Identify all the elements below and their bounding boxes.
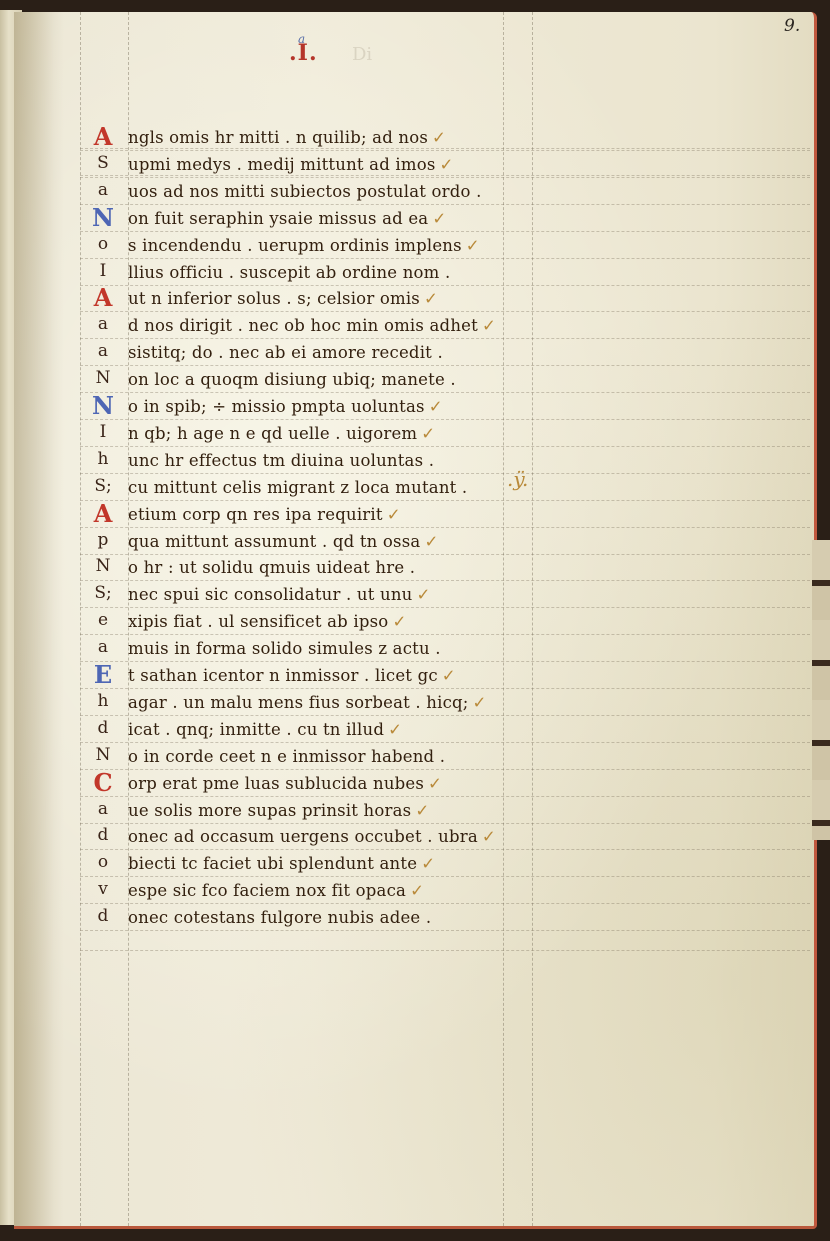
line-initial: a <box>80 341 126 361</box>
line-text-content: ue solis more supas prinsit horas <box>128 801 411 820</box>
text-line: os incendendu . uerupm ordinis implens✓ <box>80 234 540 258</box>
text-line: Et sathan icentor n inmissor . licet gc✓ <box>80 664 540 688</box>
correction-tick-icon: ✓ <box>417 585 431 604</box>
chapter-heading: .I. <box>289 40 318 66</box>
text-line: Non loc a quoqm disiung ubiq; manete . <box>80 368 540 392</box>
correction-tick-icon: ✓ <box>392 612 406 631</box>
correction-tick-icon: ✓ <box>442 666 456 685</box>
line-initial: h <box>80 449 126 469</box>
text-line: exipis fiat . ul sensificet ab ipso✓ <box>80 610 540 634</box>
ruling-horizontal <box>80 365 810 366</box>
line-initial: o <box>80 234 126 254</box>
line-initial: a <box>80 799 126 819</box>
line-text-content: uos ad nos mitti subiectos postulat ordo… <box>128 182 482 201</box>
line-text-content: orp erat pme luas sublucida nubes <box>128 774 424 793</box>
ruling-horizontal <box>80 446 810 447</box>
line-initial: S; <box>80 476 126 496</box>
correction-tick-icon: ✓ <box>421 854 435 873</box>
correction-tick-icon: ✓ <box>387 505 401 524</box>
text-line: asistitq; do . nec ab ei amore recedit . <box>80 341 540 365</box>
correction-tick-icon: ✓ <box>428 774 442 793</box>
folio-number: 9. <box>784 16 800 36</box>
ruling-horizontal <box>80 419 810 420</box>
correction-tick-icon: ✓ <box>432 209 446 228</box>
line-text-content: o in corde ceet n e inmissor habend . <box>128 747 445 766</box>
text-line: auos ad nos mitti subiectos postulat ord… <box>80 180 540 204</box>
ruling-horizontal <box>80 338 810 339</box>
show-through-text: Di <box>352 44 372 65</box>
text-line: pqua mittunt assumunt . qd tn ossa✓ <box>80 530 540 554</box>
line-initial: d <box>80 906 126 926</box>
line-text: onec cotestans fulgore nubis adee . <box>128 908 435 927</box>
line-text-content: onec ad occasum uergens occubet . ubra <box>128 827 478 846</box>
line-text: o hr : ut solidu qmuis uideat hre . <box>128 558 419 577</box>
line-initial: a <box>80 314 126 334</box>
line-text-content: etium corp qn res ipa requirit <box>128 505 383 524</box>
line-text: etium corp qn res ipa requirit✓ <box>128 505 401 524</box>
line-text-content: on loc a quoqm disiung ubiq; manete . <box>128 370 456 389</box>
text-line: No hr : ut solidu qmuis uideat hre . <box>80 556 540 580</box>
line-initial: v <box>80 879 126 899</box>
text-line: aue solis more supas prinsit horas✓ <box>80 799 540 823</box>
ruling-horizontal <box>80 950 810 951</box>
line-initial: N <box>80 556 126 576</box>
line-text-content: muis in forma solido simules z actu . <box>128 639 441 658</box>
correction-tick-icon: ✓ <box>440 155 454 174</box>
line-text-content: espe sic fco faciem nox fit opaca <box>128 881 406 900</box>
correction-tick-icon: ✓ <box>432 128 446 147</box>
line-text: orp erat pme luas sublucida nubes✓ <box>128 774 442 793</box>
line-initial: p <box>80 530 126 550</box>
line-text-content: ut n inferior solus . s; celsior omis <box>128 289 420 308</box>
ruling-horizontal <box>80 688 810 689</box>
text-line: obiecti tc faciet ubi splendunt ante✓ <box>80 852 540 876</box>
ruling-horizontal <box>80 500 810 501</box>
text-line: donec cotestans fulgore nubis adee . <box>80 906 540 930</box>
line-initial: A <box>80 499 126 528</box>
line-initial: C <box>80 768 126 797</box>
ruling-horizontal <box>80 607 810 608</box>
line-text-content: llius officiu . suscepit ab ordine nom . <box>128 263 450 282</box>
ruling-horizontal <box>80 150 810 151</box>
line-initial: I <box>80 422 126 442</box>
line-text-content: ngls omis hr mitti . n quilib; ad nos <box>128 128 428 147</box>
ruling-horizontal <box>80 473 810 474</box>
line-text: on fuit seraphin ysaie missus ad ea✓ <box>128 209 446 228</box>
ruling-horizontal <box>80 930 810 931</box>
text-line: Corp erat pme luas sublucida nubes✓ <box>80 772 540 796</box>
line-initial: N <box>80 391 126 420</box>
ruling-horizontal <box>80 204 810 205</box>
line-text-content: n qb; h age n e qd uelle . uigorem <box>128 424 417 443</box>
line-text-content: upmi medys . medij mittunt ad imos <box>128 155 436 174</box>
ruling-horizontal <box>80 554 810 555</box>
line-text-content: s incendendu . uerupm ordinis implens <box>128 236 462 255</box>
line-text: d nos dirigit . nec ob hoc min omis adhe… <box>128 316 496 335</box>
text-line: No in corde ceet n e inmissor habend . <box>80 745 540 769</box>
text-line: S;nec spui sic consolidatur . ut unu✓ <box>80 583 540 607</box>
text-line: Illius officiu . suscepit ab ordine nom … <box>80 261 540 285</box>
correction-tick-icon: ✓ <box>482 827 496 846</box>
line-text: biecti tc faciet ubi splendunt ante✓ <box>128 854 435 873</box>
correction-tick-icon: ✓ <box>421 424 435 443</box>
ruling-horizontal <box>80 285 810 286</box>
line-initial: A <box>80 122 126 151</box>
text-line: Aut n inferior solus . s; celsior omis✓ <box>80 287 540 311</box>
ruling-horizontal <box>80 231 810 232</box>
line-text: icat . qnq; inmitte . cu tn illud✓ <box>128 720 402 739</box>
line-text-content: agar . un malu mens fius sorbeat . hicq; <box>128 693 469 712</box>
text-line: donec ad occasum uergens occubet . ubra✓ <box>80 825 540 849</box>
line-initial: a <box>80 637 126 657</box>
text-line: amuis in forma solido simules z actu . <box>80 637 540 661</box>
line-text-content: nec spui sic consolidatur . ut unu <box>128 585 413 604</box>
line-text-content: on fuit seraphin ysaie missus ad ea <box>128 209 428 228</box>
line-initial: I <box>80 261 126 281</box>
line-text: uos ad nos mitti subiectos postulat ordo… <box>128 182 486 201</box>
line-text: o in corde ceet n e inmissor habend . <box>128 747 449 766</box>
line-text-content: t sathan icentor n inmissor . licet gc <box>128 666 438 685</box>
line-text-content: cu mittunt celis migrant z loca mutant . <box>128 478 467 497</box>
line-initial: N <box>80 203 126 232</box>
line-text: agar . un malu mens fius sorbeat . hicq;… <box>128 693 487 712</box>
text-line: Non fuit seraphin ysaie missus ad ea✓ <box>80 207 540 231</box>
ruling-horizontal <box>80 392 810 393</box>
line-text-content: xipis fiat . ul sensificet ab ipso <box>128 612 388 631</box>
ruling-horizontal <box>80 876 810 877</box>
correction-tick-icon: ✓ <box>482 316 496 335</box>
line-text: unc hr effectus tm diuina uoluntas . <box>128 451 438 470</box>
line-text: s incendendu . uerupm ordinis implens✓ <box>128 236 480 255</box>
ruling-horizontal <box>80 258 810 259</box>
text-line: hunc hr effectus tm diuina uoluntas . <box>80 449 540 473</box>
text-line: No in spib; ÷ missio pmpta uoluntas✓ <box>80 395 540 419</box>
ruling-horizontal <box>80 769 810 770</box>
line-text-content: icat . qnq; inmitte . cu tn illud <box>128 720 384 739</box>
line-text: xipis fiat . ul sensificet ab ipso✓ <box>128 612 406 631</box>
frayed-page-edge <box>812 540 830 840</box>
line-initial: N <box>80 745 126 765</box>
text-line: S;cu mittunt celis migrant z loca mutant… <box>80 476 540 500</box>
line-initial: a <box>80 180 126 200</box>
ruling-horizontal <box>80 796 810 797</box>
line-text-content: onec cotestans fulgore nubis adee . <box>128 908 431 927</box>
line-text: ngls omis hr mitti . n quilib; ad nos✓ <box>128 128 446 147</box>
line-text: n qb; h age n e qd uelle . uigorem✓ <box>128 424 435 443</box>
correction-tick-icon: ✓ <box>410 881 424 900</box>
ruling-horizontal <box>80 527 810 528</box>
text-line: hagar . un malu mens fius sorbeat . hicq… <box>80 691 540 715</box>
line-text: nec spui sic consolidatur . ut unu✓ <box>128 585 431 604</box>
line-text: onec ad occasum uergens occubet . ubra✓ <box>128 827 496 846</box>
line-text: t sathan icentor n inmissor . licet gc✓ <box>128 666 456 685</box>
text-line: Angls omis hr mitti . n quilib; ad nos✓ <box>80 126 540 150</box>
text-line: Aetium corp qn res ipa requirit✓ <box>80 503 540 527</box>
line-text-content: d nos dirigit . nec ob hoc min omis adhe… <box>128 316 478 335</box>
line-initial: S; <box>80 583 126 603</box>
ruling-horizontal <box>80 311 810 312</box>
correction-tick-icon: ✓ <box>415 801 429 820</box>
correction-tick-icon: ✓ <box>388 720 402 739</box>
ruling-horizontal <box>80 580 810 581</box>
line-text: llius officiu . suscepit ab ordine nom . <box>128 263 454 282</box>
line-text-content: unc hr effectus tm diuina uoluntas . <box>128 451 434 470</box>
line-initial: e <box>80 610 126 630</box>
line-text: cu mittunt celis migrant z loca mutant . <box>128 478 471 497</box>
text-line: ad nos dirigit . nec ob hoc min omis adh… <box>80 314 540 338</box>
ruling-horizontal <box>80 742 810 743</box>
correction-tick-icon: ✓ <box>424 289 438 308</box>
ruling-horizontal <box>80 903 810 904</box>
line-text-content: sistitq; do . nec ab ei amore recedit . <box>128 343 443 362</box>
line-initial: A <box>80 283 126 312</box>
text-line: vespe sic fco faciem nox fit opaca✓ <box>80 879 540 903</box>
ruling-horizontal <box>80 849 810 850</box>
line-initial: N <box>80 368 126 388</box>
line-initial: o <box>80 852 126 872</box>
line-text-content: biecti tc faciet ubi splendunt ante <box>128 854 417 873</box>
line-initial: h <box>80 691 126 711</box>
text-line: In qb; h age n e qd uelle . uigorem✓ <box>80 422 540 446</box>
line-text: qua mittunt assumunt . qd tn ossa✓ <box>128 532 438 551</box>
correction-tick-icon: ✓ <box>473 693 487 712</box>
line-initial: d <box>80 718 126 738</box>
correction-tick-icon: ✓ <box>424 532 438 551</box>
correction-tick-icon: ✓ <box>429 397 443 416</box>
line-initial: E <box>80 660 126 689</box>
line-text: o in spib; ÷ missio pmpta uoluntas✓ <box>128 397 443 416</box>
line-text-content: o in spib; ÷ missio pmpta uoluntas <box>128 397 425 416</box>
line-text: upmi medys . medij mittunt ad imos✓ <box>128 155 454 174</box>
ruling-horizontal <box>80 661 810 662</box>
text-line: Supmi medys . medij mittunt ad imos✓ <box>80 153 540 177</box>
line-initial: S <box>80 153 126 173</box>
line-text-content: qua mittunt assumunt . qd tn ossa <box>128 532 420 551</box>
ruling-horizontal <box>80 823 810 824</box>
line-text: muis in forma solido simules z actu . <box>128 639 445 658</box>
gutter-shadow <box>14 12 64 1226</box>
line-text: espe sic fco faciem nox fit opaca✓ <box>128 881 424 900</box>
ruling-horizontal <box>80 715 810 716</box>
line-text-content: o hr : ut solidu qmuis uideat hre . <box>128 558 415 577</box>
correction-tick-icon: ✓ <box>466 236 480 255</box>
line-initial: d <box>80 825 126 845</box>
line-text: ut n inferior solus . s; celsior omis✓ <box>128 289 438 308</box>
line-text: sistitq; do . nec ab ei amore recedit . <box>128 343 447 362</box>
ruling-horizontal <box>80 177 810 178</box>
text-line: dicat . qnq; inmitte . cu tn illud✓ <box>80 718 540 742</box>
line-text: ue solis more supas prinsit horas✓ <box>128 801 429 820</box>
ruling-horizontal <box>80 634 810 635</box>
line-text: on loc a quoqm disiung ubiq; manete . <box>128 370 460 389</box>
